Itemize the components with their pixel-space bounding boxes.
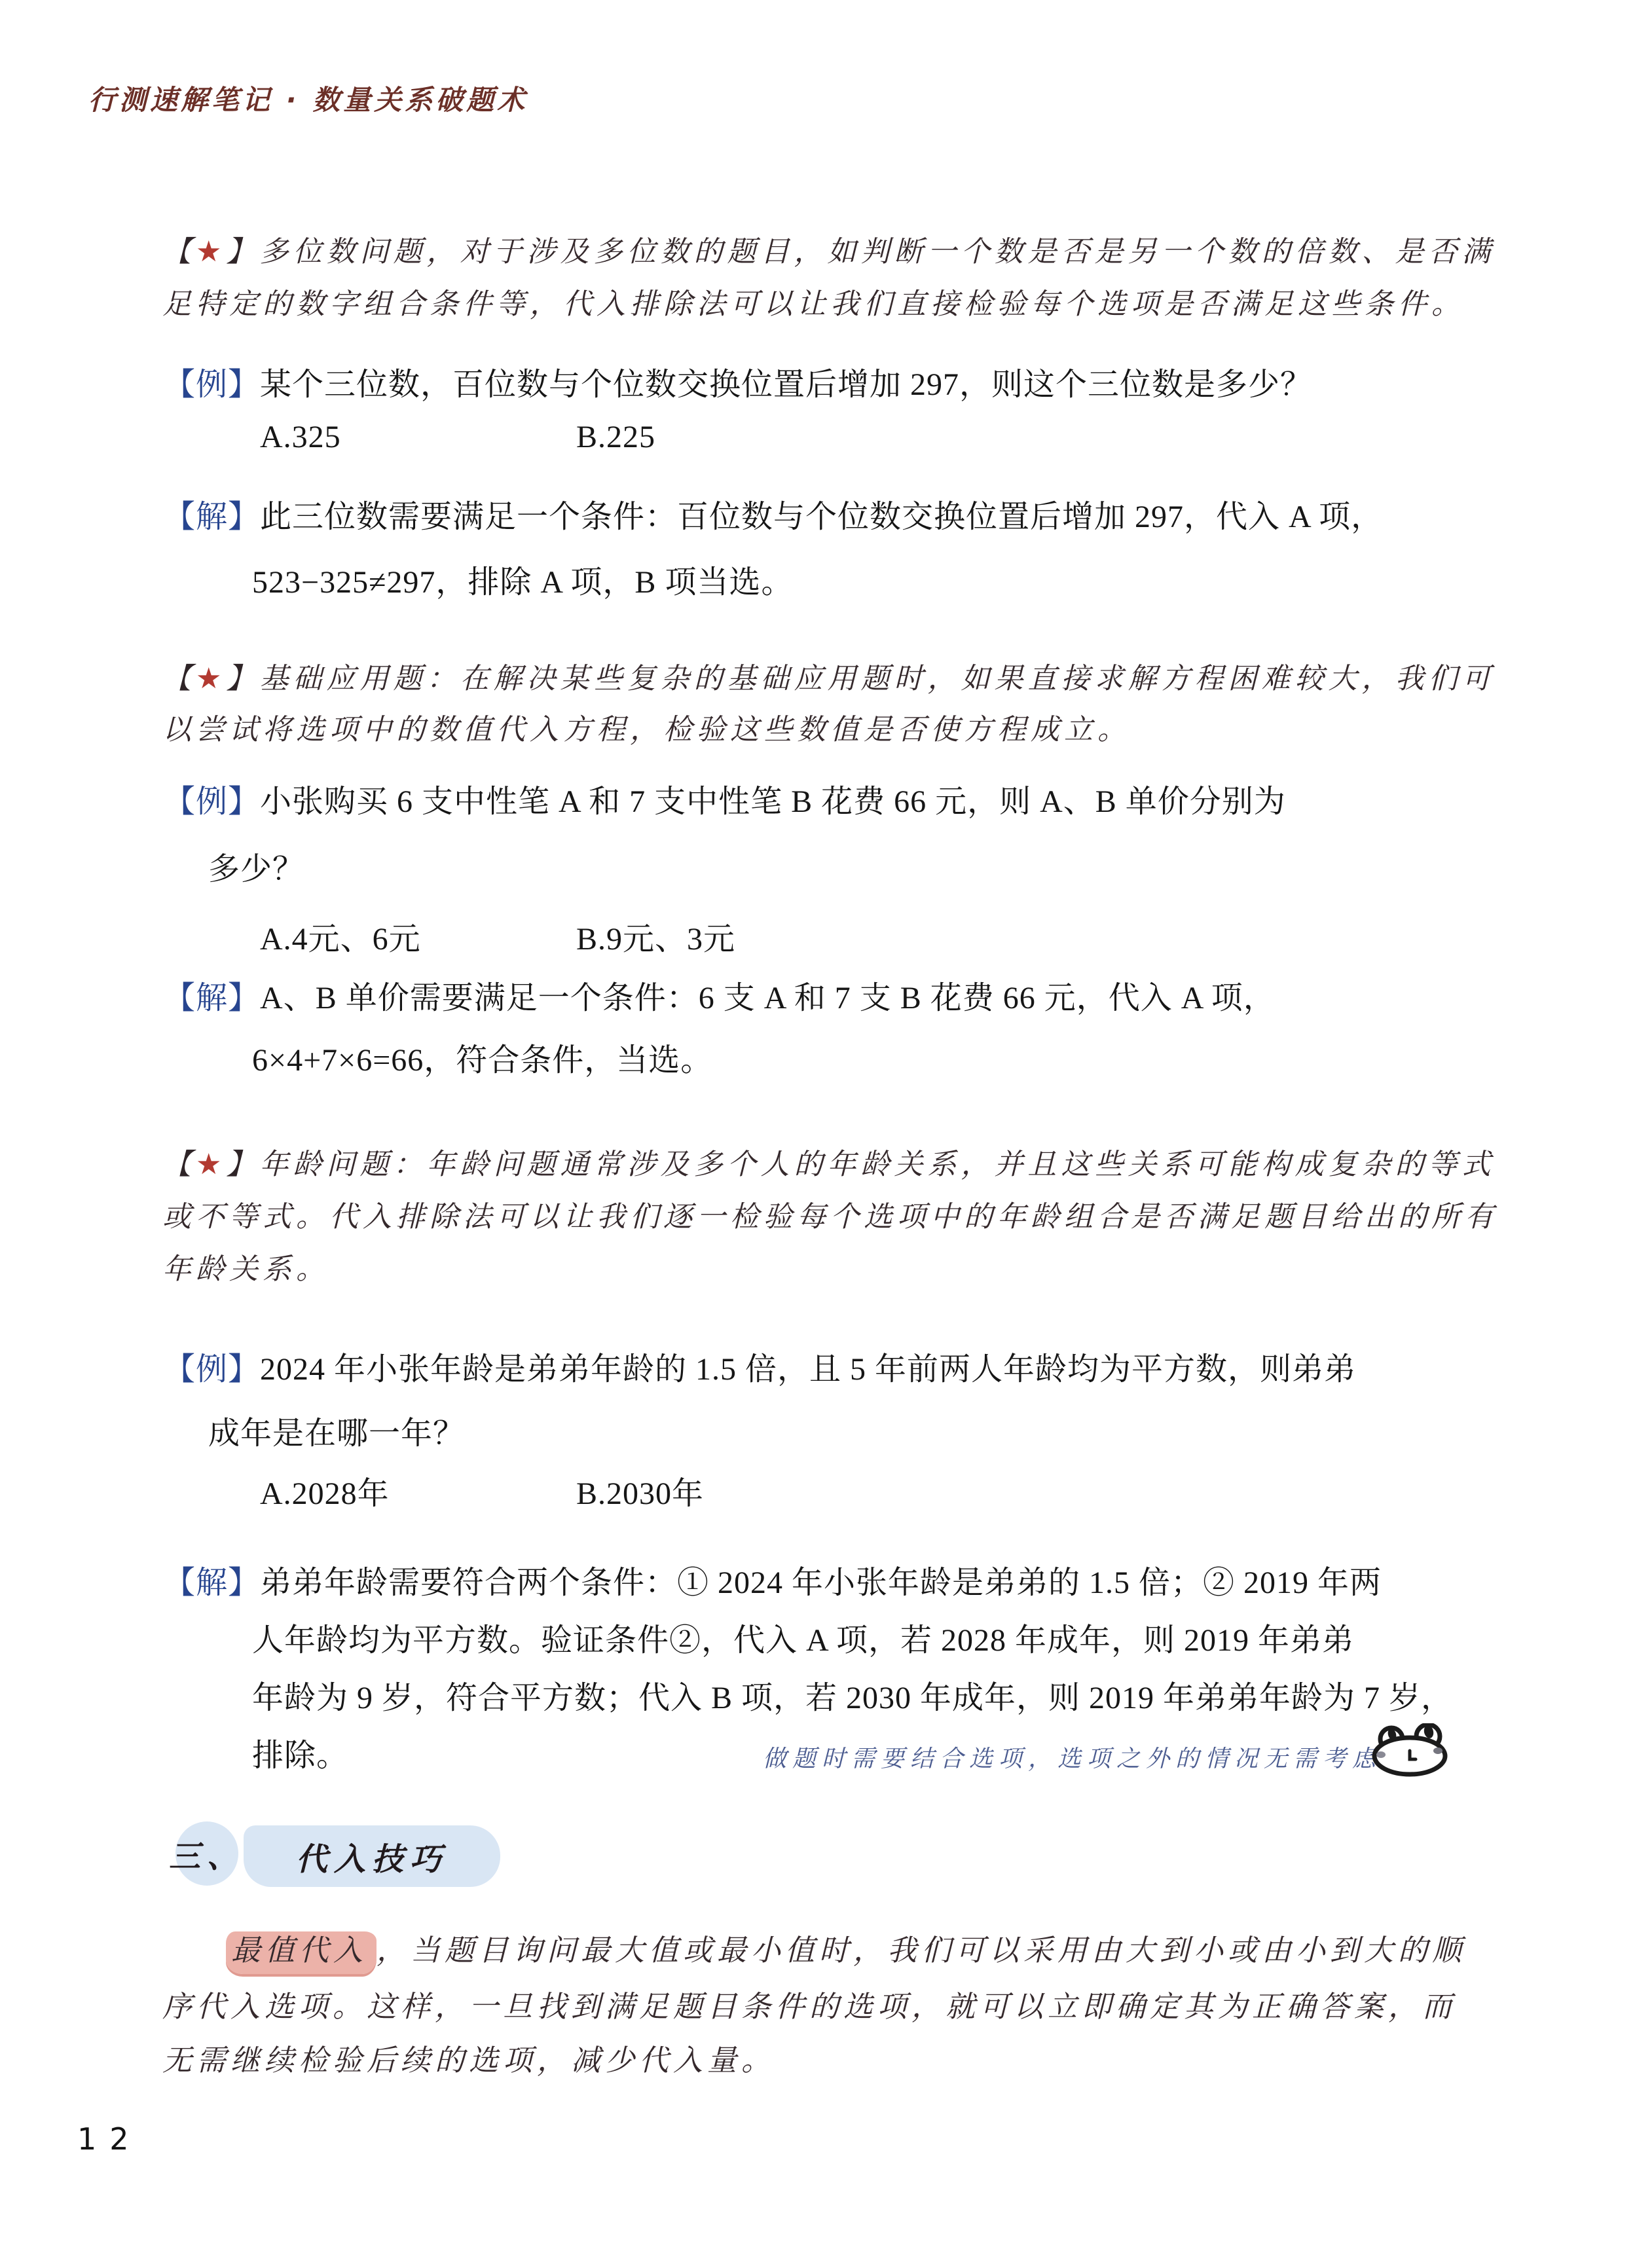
note-basic-line2: 以尝试将选项中的数值代入方程，检验这些数值是否使方程成立。: [162, 706, 1131, 748]
example3-option-a: A.2028年: [260, 1468, 390, 1513]
example-label: 【例】: [164, 367, 260, 402]
solution1-line1-wrap: 【解】此三位数需要满足一个条件：百位数与个位数交换位置后增加 297，代入 A …: [164, 491, 1383, 536]
solution-label: 【解】: [164, 1565, 260, 1600]
solution2-line1: A、B 单价需要满足一个条件：6 支 A 和 7 支 B 花费 66 元，代入 …: [260, 981, 1276, 1015]
solution-label: 【解】: [164, 981, 260, 1015]
example3-line1-wrap: 【例】2024 年小张年龄是弟弟年龄的 1.5 倍，且 5 年前两人年龄均为平方…: [164, 1344, 1356, 1389]
example1-question-line: 【例】某个三位数，百位数与个位数交换位置后增加 297，则这个三位数是多少？: [164, 359, 1312, 404]
solution1-line1: 此三位数需要满足一个条件：百位数与个位数交换位置后增加 297，代入 A 项，: [260, 500, 1383, 534]
example1-option-a: A.325: [260, 419, 341, 455]
solution3-line3: 年龄为 9 岁，符合平方数；代入 B 项，若 2030 年成年，则 2019 年…: [252, 1672, 1453, 1717]
paragraph-line1-rest: ，当题目询问最大值或最小值时，我们可以采用由大到小或由小到大的顺: [377, 1933, 1466, 1967]
section-number-badge: 三、: [175, 1821, 238, 1886]
example2-option-a: A.4元、6元: [260, 913, 421, 959]
solution2-line1-wrap: 【解】A、B 单价需要满足一个条件：6 支 A 和 7 支 B 花费 66 元，…: [164, 972, 1276, 1017]
star-icon: ★: [196, 662, 226, 695]
example3-option-b: B.2030年: [576, 1468, 704, 1513]
note-age-line2: 或不等式。代入排除法可以让我们逐一检验每个选项中的年龄组合是否满足题目给出的所有: [162, 1193, 1498, 1235]
bracket-open: 【: [162, 235, 196, 268]
solution3-line1-wrap: 【解】弟弟年龄需要符合两个条件：① 2024 年小张年龄是弟弟的 1.5 倍；②…: [164, 1557, 1382, 1602]
note-basic-text1: 基础应用题：在解决某些复杂的基础应用题时，如果直接求解方程困难较大，我们可: [259, 662, 1495, 695]
paragraph-line1: 最值代入，当题目询问最大值或最小值时，我们可以采用由大到小或由小到大的顺: [226, 1926, 1466, 1969]
solution2-line2: 6×4+7×6=66，符合条件，当选。: [252, 1034, 712, 1080]
solution3-line2: 人年龄均为平方数。验证条件②，代入 A 项，若 2028 年成年，则 2019 …: [252, 1615, 1354, 1660]
section-title-highlight: 代入技巧: [244, 1825, 500, 1887]
page-number: 12: [77, 2121, 142, 2157]
note-basic-line1: 【★】基础应用题：在解决某些复杂的基础应用题时，如果直接求解方程困难较大，我们可: [162, 655, 1495, 697]
solution-label: 【解】: [164, 500, 260, 534]
section-title: 代入技巧: [296, 1834, 448, 1879]
note-multidigit-text1: 多位数问题，对于涉及多位数的题目，如判断一个数是否是另一个数的倍数、是否满: [259, 235, 1495, 268]
margin-note: 做题时需要结合选项，选项之外的情况无需考虑: [763, 1740, 1382, 1774]
pink-highlight-term: 最值代入: [226, 1931, 377, 1974]
scanned-textbook-page: 行测速解笔记 · 数量关系破题术 【★】多位数问题，对于涉及多位数的题目，如判断…: [0, 0, 1635, 2268]
example2-option-b: B.9元、3元: [576, 913, 735, 959]
example2-line1: 小张购买 6 支中性笔 A 和 7 支中性笔 B 花费 66 元，则 A、B 单…: [260, 784, 1286, 819]
example2-line2: 多少？: [208, 843, 304, 888]
solution1-line2: 523−325≠297，排除 A 项，B 项当选。: [252, 557, 793, 602]
solution3-line1: 弟弟年龄需要符合两个条件：① 2024 年小张年龄是弟弟的 1.5 倍；② 20…: [260, 1565, 1382, 1600]
note-multidigit-line1: 【★】多位数问题，对于涉及多位数的题目，如判断一个数是否是另一个数的倍数、是否满: [162, 228, 1495, 270]
paragraph-line3: 无需继续检验后续的选项，减少代入量。: [162, 2036, 775, 2079]
star-icon: ★: [196, 235, 226, 268]
example-label: 【例】: [164, 784, 260, 819]
note-age-text1: 年龄问题：年龄问题通常涉及多个人的年龄关系，并且这些关系可能构成复杂的等式: [259, 1148, 1495, 1181]
star-icon: ★: [196, 1148, 226, 1181]
example2-line1-wrap: 【例】小张购买 6 支中性笔 A 和 7 支中性笔 B 花费 66 元，则 A、…: [164, 776, 1286, 821]
example-label: 【例】: [164, 1352, 260, 1387]
example3-line1: 2024 年小张年龄是弟弟年龄的 1.5 倍，且 5 年前两人年龄均为平方数，则…: [260, 1352, 1356, 1387]
example1-option-b: B.225: [576, 419, 655, 455]
note-age-line1: 【★】年龄问题：年龄问题通常涉及多个人的年龄关系，并且这些关系可能构成复杂的等式: [162, 1141, 1495, 1182]
example1-question: 某个三位数，百位数与个位数交换位置后增加 297，则这个三位数是多少？: [260, 367, 1312, 402]
page-running-head: 行测速解笔记 · 数量关系破题术: [88, 79, 528, 118]
frog-doodle-icon: [1370, 1723, 1452, 1782]
example3-line2: 成年是在哪一年？: [208, 1408, 465, 1453]
bracket-close: 】: [226, 235, 259, 268]
solution3-line4: 排除。: [252, 1730, 348, 1775]
paragraph-line2: 序代入选项。这样，一旦找到满足题目条件的选项，就可以立即确定其为正确答案，而: [162, 1983, 1456, 2025]
section-number: 三、: [169, 1831, 245, 1876]
note-age-line3: 年龄关系。: [162, 1245, 329, 1287]
note-multidigit-line2: 足特定的数字组合条件等，代入排除法可以让我们直接检验每个选项是否满足这些条件。: [162, 280, 1465, 322]
